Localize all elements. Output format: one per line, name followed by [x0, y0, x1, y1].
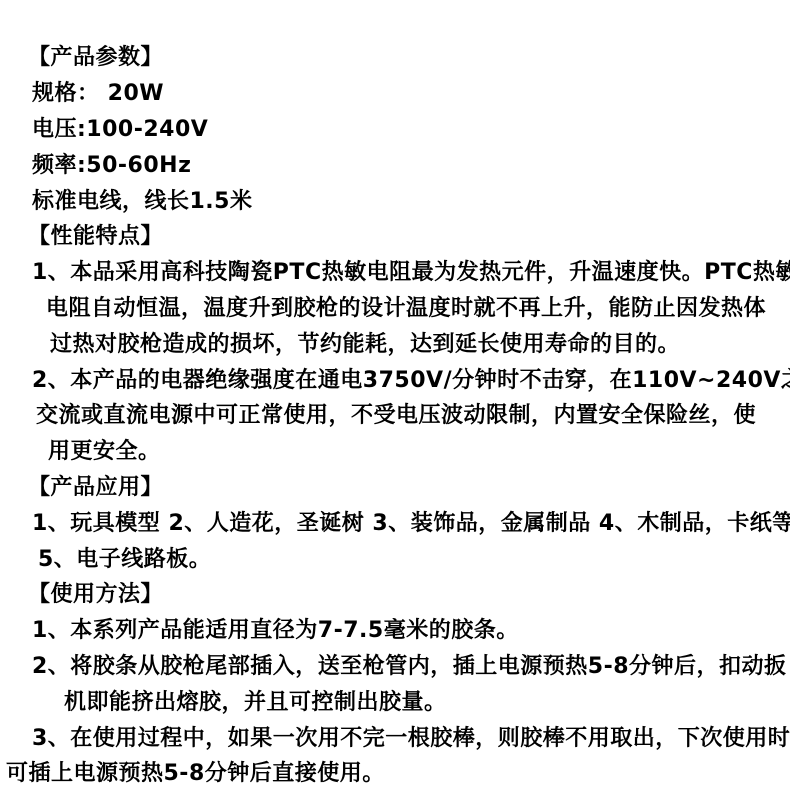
- applications-line-1: 1、玩具模型 2、人造花，圣诞树 3、装饰品，金属制品 4、木制品，卡纸等: [0, 503, 790, 539]
- section-heading-features: 【性能特点】: [0, 217, 790, 253]
- feature-2-line-1: 2、本产品的电器绝缘强度在通电3750V/分钟时不击穿，在110V~240V之间: [0, 360, 790, 396]
- section-heading-usage: 【使用方法】: [0, 575, 790, 611]
- usage-2-line-1: 2、将胶条从胶枪尾部插入，送至枪管内，插上电源预热5-8分钟后，扣动扳: [0, 647, 790, 683]
- feature-2-line-3: 用更安全。: [0, 432, 790, 468]
- spec-power-line: 规格： 20W: [0, 74, 790, 110]
- feature-1-line-3: 过热对胶枪造成的损坏，节约能耗，达到延长使用寿命的目的。: [0, 324, 790, 360]
- spec-cable-line: 标准电线，线长1.5米: [0, 181, 790, 217]
- usage-3-line-1: 3、在使用过程中，如果一次用不完一根胶棒，则胶棒不用取出，下次使用时: [0, 718, 790, 754]
- feature-1-line-1: 1、本品采用高科技陶瓷PTC热敏电阻最为发热元件，升温速度快。PTC热敏: [0, 253, 790, 289]
- spec-frequency-line: 频率:50-60Hz: [0, 145, 790, 181]
- section-heading-product-params: 【产品参数】: [0, 38, 790, 74]
- feature-2-line-2: 交流或直流电源中可正常使用，不受电压波动限制，内置安全保险丝，使: [0, 396, 790, 432]
- usage-2-line-2: 机即能挤出熔胶，并且可控制出胶量。: [0, 682, 790, 718]
- feature-1-line-2: 电阻自动恒温，温度升到胶枪的设计温度时就不再上升，能防止因发热体: [0, 289, 790, 325]
- usage-1-line-1: 1、本系列产品能适用直径为7-7.5毫米的胶条。: [0, 611, 790, 647]
- spec-voltage-line: 电压:100-240V: [0, 110, 790, 146]
- product-description-content: 【产品参数】 规格： 20W 电压:100-240V 频率:50-60Hz 标准…: [0, 0, 790, 789]
- applications-line-2: 5、电子线路板。: [0, 539, 790, 575]
- usage-3-line-2: 可插上电源预热5-8分钟后直接使用。: [0, 754, 790, 789]
- section-heading-applications: 【产品应用】: [0, 468, 790, 504]
- product-description-page: 【产品参数】 规格： 20W 电压:100-240V 频率:50-60Hz 标准…: [0, 0, 790, 789]
